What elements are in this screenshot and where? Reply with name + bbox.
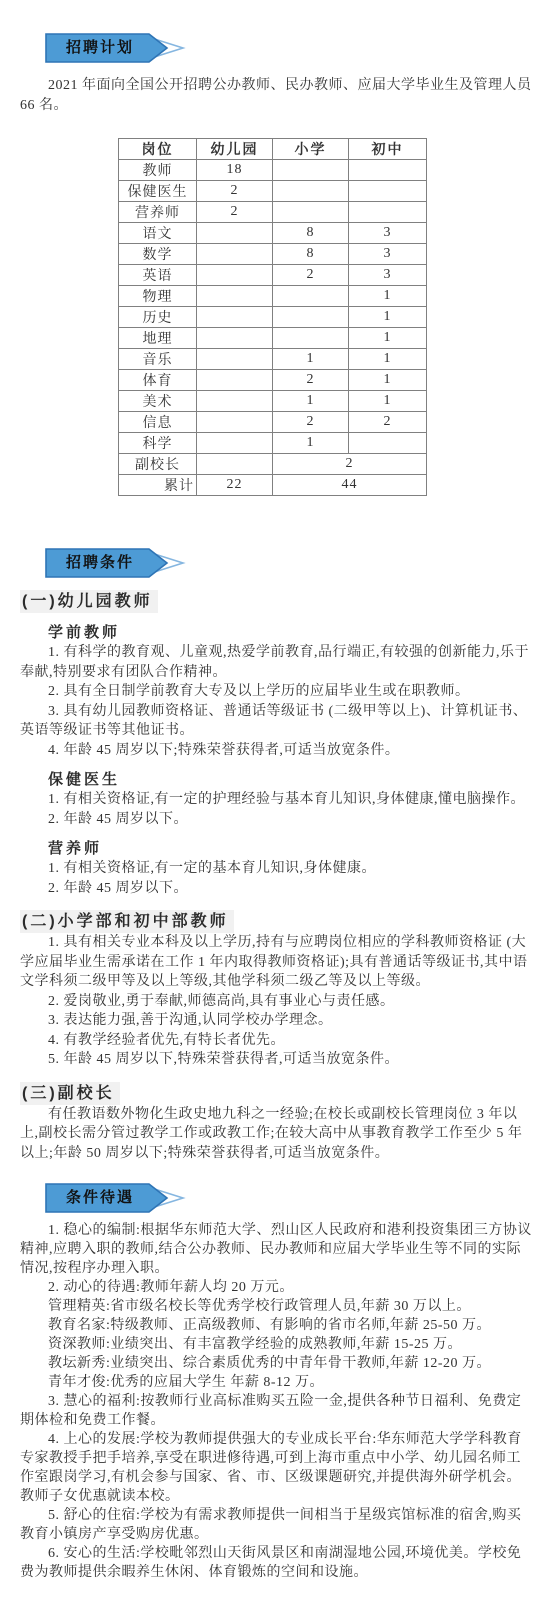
- table-cell: 数学: [119, 244, 197, 265]
- paragraph: 1. 有相关资格证,有一定的护理经验与基本育儿知识,身体健康,懂电脑操作。: [20, 790, 533, 810]
- table-cell: [197, 307, 273, 328]
- table-row: 保健医生2: [119, 181, 427, 202]
- table-row: 地理1: [119, 328, 427, 349]
- table-cell: [197, 223, 273, 244]
- paragraph: 2. 具有全日制学前教育大专及以上学历的应届毕业生或在职教师。: [20, 682, 533, 702]
- table-cell: [197, 454, 273, 475]
- paragraph: 教育名家:特级教师、正高级教师、有影响的省市名师,年薪 25-50 万。: [20, 1316, 533, 1335]
- table-cell: 2: [273, 412, 349, 433]
- paragraph: 青年才俊:优秀的应届大学生 年薪 8-12 万。: [20, 1373, 533, 1392]
- paragraph: 4. 上心的发展:学校为教师提供强大的专业成长平台:华东师范大学学科教育专家教授…: [20, 1430, 533, 1506]
- recruit-conditions-section: (一)幼儿园教师学前教师1. 有科学的教育观、儿童观,热爱学前教育,品行端正,有…: [20, 590, 533, 1163]
- paragraph: 4. 年龄 45 周岁以下;特殊荣誉获得者,可适当放宽条件。: [20, 741, 533, 761]
- table-cell: [349, 202, 427, 223]
- table-cell: 营养师: [119, 202, 197, 223]
- table-cell: [197, 265, 273, 286]
- table-row: 营养师2: [119, 202, 427, 223]
- table-cell: 2: [349, 412, 427, 433]
- recruitment-plan-table: 岗位幼儿园小学初中 教师18保健医生2营养师2语文83数学83英语23物理1历史…: [118, 138, 427, 496]
- paragraph: 教坛新秀:业绩突出、综合素质优秀的中青年骨干教师,年薪 12-20 万。: [20, 1354, 533, 1373]
- paragraph: 2. 年龄 45 周岁以下。: [20, 810, 533, 830]
- paragraph: 1. 有科学的教育观、儿童观,热爱学前教育,品行端正,有较强的创新能力,乐于奉献…: [20, 643, 533, 682]
- table-cell: 历史: [119, 307, 197, 328]
- table-row: 副校长2: [119, 454, 427, 475]
- table-cell: 地理: [119, 328, 197, 349]
- table-cell: [273, 307, 349, 328]
- table-cell: 2: [273, 265, 349, 286]
- table-row: 物理1: [119, 286, 427, 307]
- table-row: 数学83: [119, 244, 427, 265]
- table-cell: [197, 370, 273, 391]
- table-cell: 1: [349, 286, 427, 307]
- document-page: 招聘计划 2021 年面向全国公开招聘公办教师、民办教师、应届大学毕业生及管理人…: [0, 0, 555, 1600]
- paragraph: 管理精英:省市级名校长等优秀学校行政管理人员,年薪 30 万以上。: [20, 1297, 533, 1316]
- table-row: 美术11: [119, 391, 427, 412]
- subsection-heading: 学前教师: [20, 623, 533, 643]
- table-cell: 1: [273, 349, 349, 370]
- banner-recruit-plan: 招聘计划: [45, 33, 195, 63]
- table-cell: 1: [273, 391, 349, 412]
- subsection-heading: 保健医生: [20, 770, 533, 790]
- table-cell: 3: [349, 265, 427, 286]
- table-cell: 1: [349, 328, 427, 349]
- paragraph: 有任教语数外物化生政史地九科之一经验;在校长或副校长管理岗位 3 年以上,副校长…: [20, 1105, 533, 1164]
- table-cell: 1: [349, 349, 427, 370]
- banner-recruit-conditions: 招聘条件: [45, 548, 195, 578]
- banner-label: 招聘计划: [45, 33, 155, 63]
- column-header: 幼儿园: [197, 139, 273, 160]
- table-cell: 44: [273, 475, 427, 496]
- table-row: 英语23: [119, 265, 427, 286]
- table-cell: [349, 181, 427, 202]
- table-cell: [197, 433, 273, 454]
- table-row: 教师18: [119, 160, 427, 181]
- table-header-row: 岗位幼儿园小学初中: [119, 139, 427, 160]
- column-header: 初中: [349, 139, 427, 160]
- table-cell: 1: [349, 307, 427, 328]
- table-cell: [273, 202, 349, 223]
- paragraph: 1. 稳心的编制:根据华东师范大学、烈山区人民政府和港利投资集团三方协议精神,应…: [20, 1221, 533, 1278]
- table-cell: 语文: [119, 223, 197, 244]
- table-cell: 体育: [119, 370, 197, 391]
- table-cell: 科学: [119, 433, 197, 454]
- paragraph: 2. 年龄 45 周岁以下。: [20, 879, 533, 899]
- table-cell: 2: [197, 202, 273, 223]
- table-cell: 英语: [119, 265, 197, 286]
- table-cell: [197, 391, 273, 412]
- column-header: 岗位: [119, 139, 197, 160]
- table-cell: 2: [273, 454, 427, 475]
- paragraph: 2. 动心的待遇:教师年薪人均 20 万元。: [20, 1278, 533, 1297]
- intro-paragraph: 2021 年面向全国公开招聘公办教师、民办教师、应届大学毕业生及管理人员 66 …: [20, 76, 533, 116]
- table-cell: 1: [273, 433, 349, 454]
- paragraph: 1. 有相关资格证,有一定的基本育儿知识,身体健康。: [20, 859, 533, 879]
- banner-benefits: 条件待遇: [45, 1183, 195, 1213]
- column-header: 小学: [273, 139, 349, 160]
- table-cell: 美术: [119, 391, 197, 412]
- table-row: 音乐11: [119, 349, 427, 370]
- paragraph: 5. 舒心的住宿:学校为有需求教师提供一间相当于星级宾馆标准的宿舍,购买教育小镇…: [20, 1506, 533, 1544]
- table-row: 累计2244: [119, 475, 427, 496]
- table-cell: [197, 412, 273, 433]
- table-row: 体育21: [119, 370, 427, 391]
- table-row: 科学1: [119, 433, 427, 454]
- table-cell: 教师: [119, 160, 197, 181]
- table-cell: 8: [273, 244, 349, 265]
- table-cell: 1: [349, 370, 427, 391]
- table-cell: [349, 160, 427, 181]
- paragraph: 1. 具有相关专业本科及以上学历,持有与应聘岗位相应的学科教师资格证 (大学应届…: [20, 933, 533, 992]
- table-cell: [197, 349, 273, 370]
- paragraph: 资深教师:业绩突出、有丰富教学经验的成熟教师,年薪 15-25 万。: [20, 1335, 533, 1354]
- paragraph: 6. 安心的生活:学校毗邻烈山天街风景区和南湖湿地公园,环境优美。学校免费为教师…: [20, 1544, 533, 1582]
- banner-label: 招聘条件: [45, 548, 155, 578]
- table-cell: 累计: [119, 475, 197, 496]
- table-cell: 音乐: [119, 349, 197, 370]
- table-cell: 1: [349, 391, 427, 412]
- benefits-section: 1. 稳心的编制:根据华东师范大学、烈山区人民政府和港利投资集团三方协议精神,应…: [20, 1221, 533, 1582]
- table-cell: 副校长: [119, 454, 197, 475]
- group-heading-row: (二)小学部和初中部教师: [20, 910, 533, 933]
- table-cell: [197, 244, 273, 265]
- table-cell: [273, 328, 349, 349]
- banner-label: 条件待遇: [45, 1183, 155, 1213]
- table-cell: 物理: [119, 286, 197, 307]
- paragraph: 5. 年龄 45 周岁以下,特殊荣誉获得者,可适当放宽条件。: [20, 1050, 533, 1070]
- table-cell: [197, 286, 273, 307]
- table-cell: [273, 160, 349, 181]
- paragraph: 2. 爱岗敬业,勇于奉献,师德高尚,具有事业心与责任感。: [20, 992, 533, 1012]
- group-heading-row: (三)副校长: [20, 1082, 533, 1105]
- table-cell: 3: [349, 244, 427, 265]
- table-row: 信息22: [119, 412, 427, 433]
- table-cell: 22: [197, 475, 273, 496]
- table-row: 历史1: [119, 307, 427, 328]
- table-cell: 3: [349, 223, 427, 244]
- table-cell: [349, 433, 427, 454]
- table-cell: 保健医生: [119, 181, 197, 202]
- group-heading: (二)小学部和初中部教师: [20, 910, 234, 933]
- table-cell: [197, 328, 273, 349]
- table-cell: 8: [273, 223, 349, 244]
- paragraph: 3. 慧心的福利:按教师行业高标准购买五险一金,提供各种节日福利、免费定期体检和…: [20, 1392, 533, 1430]
- table-cell: 2: [273, 370, 349, 391]
- paragraph: 4. 有教学经验者优先,有特长者优先。: [20, 1031, 533, 1051]
- table-cell: 信息: [119, 412, 197, 433]
- paragraph: 3. 具有幼儿园教师资格证、普通话等级证书 (二级甲等以上)、计算机证书、英语等…: [20, 702, 533, 741]
- group-heading: (三)副校长: [20, 1082, 120, 1105]
- subsection-heading: 营养师: [20, 839, 533, 859]
- table-cell: 18: [197, 160, 273, 181]
- table-cell: [273, 286, 349, 307]
- group-heading: (一)幼儿园教师: [20, 590, 158, 613]
- table-row: 语文83: [119, 223, 427, 244]
- table-cell: [273, 181, 349, 202]
- paragraph: 3. 表达能力强,善于沟通,认同学校办学理念。: [20, 1011, 533, 1031]
- group-heading-row: (一)幼儿园教师: [20, 590, 533, 613]
- table-cell: 2: [197, 181, 273, 202]
